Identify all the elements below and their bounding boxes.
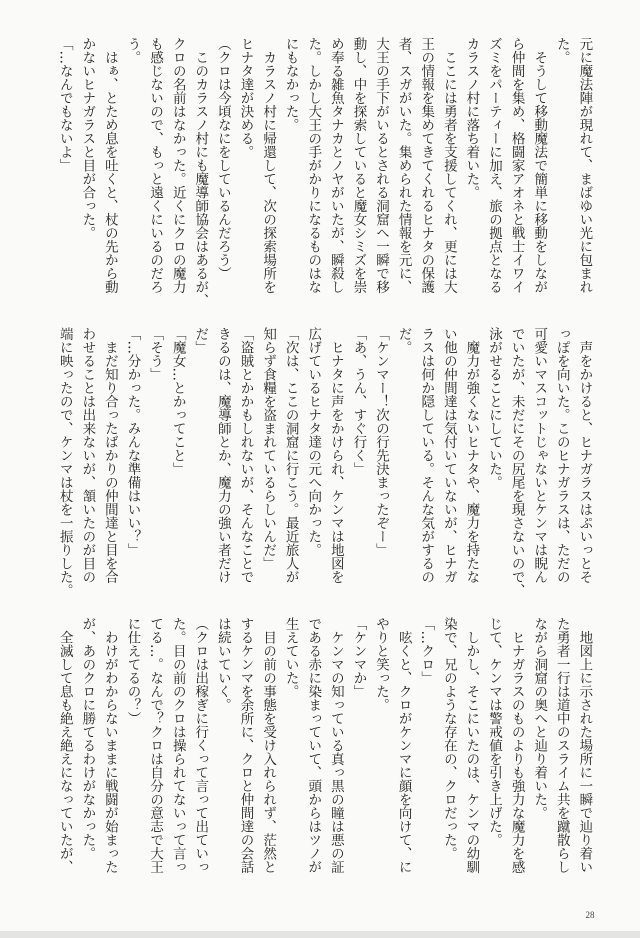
text-column: にもなかった。 [279,37,302,294]
text-column: 地図上に示された場所に一瞬で辿り着い [573,617,596,874]
text-column: 可愛いマスコットじゃないとケンマは睨ん [528,327,551,584]
text-column: ら仲間を集め、格闘家アオネと戦士イワイ [505,37,528,294]
text-column: 「次は、ここの洞窟に行こう。最近旅人が [279,327,302,584]
text-column: 者、スガがいた。集められた情報を元に、 [392,37,415,294]
text-column: 元に魔法陣が現れて、まばゆい光に包まれ [573,37,596,294]
text-column: （クロは今頃なにをしているんだろう） [211,37,234,294]
text-column: ヒナタ達が決める。 [234,37,257,294]
text-column: 生えていた。 [279,617,302,874]
text-column: 呟くと、クロがケンマに顔を向けて、に [392,617,415,874]
text-column: 「…クロ」 [415,617,438,874]
text-tier-top: 元に魔法陣が現れて、まばゆい光に包まれ た。 そうして移動魔法で簡単に移動をしな… [53,37,595,294]
text-column: 「ケンマー！次の行先決まったぞー」 [369,327,392,584]
text-column: 「ケンマか」 [347,617,370,874]
text-column: ここには勇者を支援してくれ、更には大 [437,37,460,294]
text-column: かないヒナガラスと目が合った。 [76,37,99,294]
text-column: 「あ、うん、すぐ行く」 [347,327,370,584]
text-tier-bottom: 地図上に示された場所に一瞬で辿り着い た勇者一行は道中のスライム共を蹴散らし な… [53,617,595,874]
text-column: ヒナガラスのものよりも強力な魔力を感 [505,617,528,874]
text-column: ズミをパーティーに加え、旅の拠点となる [482,37,505,294]
text-column: に仕えてるの？） [121,617,144,874]
text-column: てる…。なんで？クロは自分の意志で大王 [144,617,167,874]
text-column: ラスは何か隠している。そんな気がするの [415,327,438,584]
text-column: 端に映ったので、ケンマは杖を一振りした。 [53,327,76,584]
text-column: 「…なんでもないよ」 [53,37,76,294]
text-column: このカラスノ村にも魔導師協会はあるが、 [189,37,212,294]
text-column: た。しかし大王の手がかりになるものはな [302,37,325,294]
text-column: 声をかけると、ヒナガラスはぷいっとそ [573,327,596,584]
text-column: わせることは出来ないが、頷いたのが目の [76,327,99,584]
text-column: はぁ、とため息を吐くと、杖の先から動 [98,37,121,294]
text-column: だ。 [392,327,415,584]
text-column: ケンマの知っている真っ黒の瞳は悪の証 [324,617,347,874]
text-column: た。目の前のクロは操られてないって言っ [166,617,189,874]
text-column: が、あのクロに勝てるわけがなかった。 [76,617,99,874]
text-column: 広げているヒナタ達の元へ向かった。 [302,327,325,584]
text-column: め奉る雑魚タナカとノヤがいたが、瞬殺し [324,37,347,294]
text-column: するケンマを余所に、クロと仲間達の会話 [234,617,257,874]
text-column: 「魔女…とかってこと」 [166,327,189,584]
text-tier-middle: 声をかけると、ヒナガラスはぷいっとそ っぽを向いた。このヒナガラスは、ただの 可… [53,327,595,584]
text-column: 「…分かった。みんな準備はいい？」 [121,327,144,584]
text-column: （クロは出稼ぎに行くって言って出ていっ [189,617,212,874]
text-column: カラスノ村に落ち着いた。 [460,37,483,294]
text-column: しかし、そこにいたのは、ケンマの幼馴 [460,617,483,874]
text-column: やりと笑った。 [369,617,392,874]
text-column: である赤に染まっていて、頭からはツノが [302,617,325,874]
text-column: た。 [550,37,573,294]
text-column: クロの名前はなかった。近くにクロの魔力 [166,37,189,294]
text-column: も感じないので、もっと遠くにいるのだろ [144,37,167,294]
text-column: まだ知り合ったばかりの仲間達と目を合 [98,327,121,584]
text-column: 知らず食糧を盗まれているらしいんだ」 [256,327,279,584]
book-page: 元に魔法陣が現れて、まばゆい光に包まれ た。 そうして移動魔法で簡単に移動をしな… [0,0,640,938]
text-column: カラスノ村に帰還して、次の探索場所を [256,37,279,294]
scan-shadow-bottom [0,931,640,938]
text-column: そうして移動魔法で簡単に移動をしなが [528,37,551,294]
text-column: 魔力が強くないヒナタや、魔力を持たな [460,327,483,584]
text-column: だ」 [189,327,212,584]
text-column: 泳がせることにしていた。 [482,327,505,584]
text-column: 染で、兄のような存在の、クロだった。 [437,617,460,874]
text-column: い他の仲間達は気付いていないが、ヒナガ [437,327,460,584]
page-number: 28 [580,910,600,920]
text-column: 目の前の事態を受け入れられず、茫然と [256,617,279,874]
text-column: 全滅して息も絶え絶えになっていたが、 [53,617,76,874]
text-column: ヒナタに声をかけられ、ケンマは地図を [324,327,347,584]
text-column: じて、ケンマは警戒値を引き上げた。 [482,617,505,874]
text-column: っぽを向いた。このヒナガラスは、ただの [550,327,573,584]
text-column: 王の情報を集めてきてくれるヒナタの保護 [415,37,438,294]
text-column: た勇者一行は道中のスライム共を蹴散らし [550,617,573,874]
text-column: は続いていく。 [211,617,234,874]
text-column: ながら洞窟の奥へと辿り着いた。 [528,617,551,874]
text-column: 動し、中を探索していると魔女シミズを崇 [347,37,370,294]
text-column: きるのは、魔導師とか、魔力の強い者だけ [211,327,234,584]
text-column: でいたが、未だにその尻尾を現さないので、 [505,327,528,584]
text-column: う。 [121,37,144,294]
text-column: 「そう」 [144,327,167,584]
text-column: 「盗賊とかかもしれないが、そんなことで [234,327,257,584]
text-column: わけがわからないままに戦闘が始まった [98,617,121,874]
text-column: 大王の手下がいるとされる洞窟へ一瞬で移 [369,37,392,294]
